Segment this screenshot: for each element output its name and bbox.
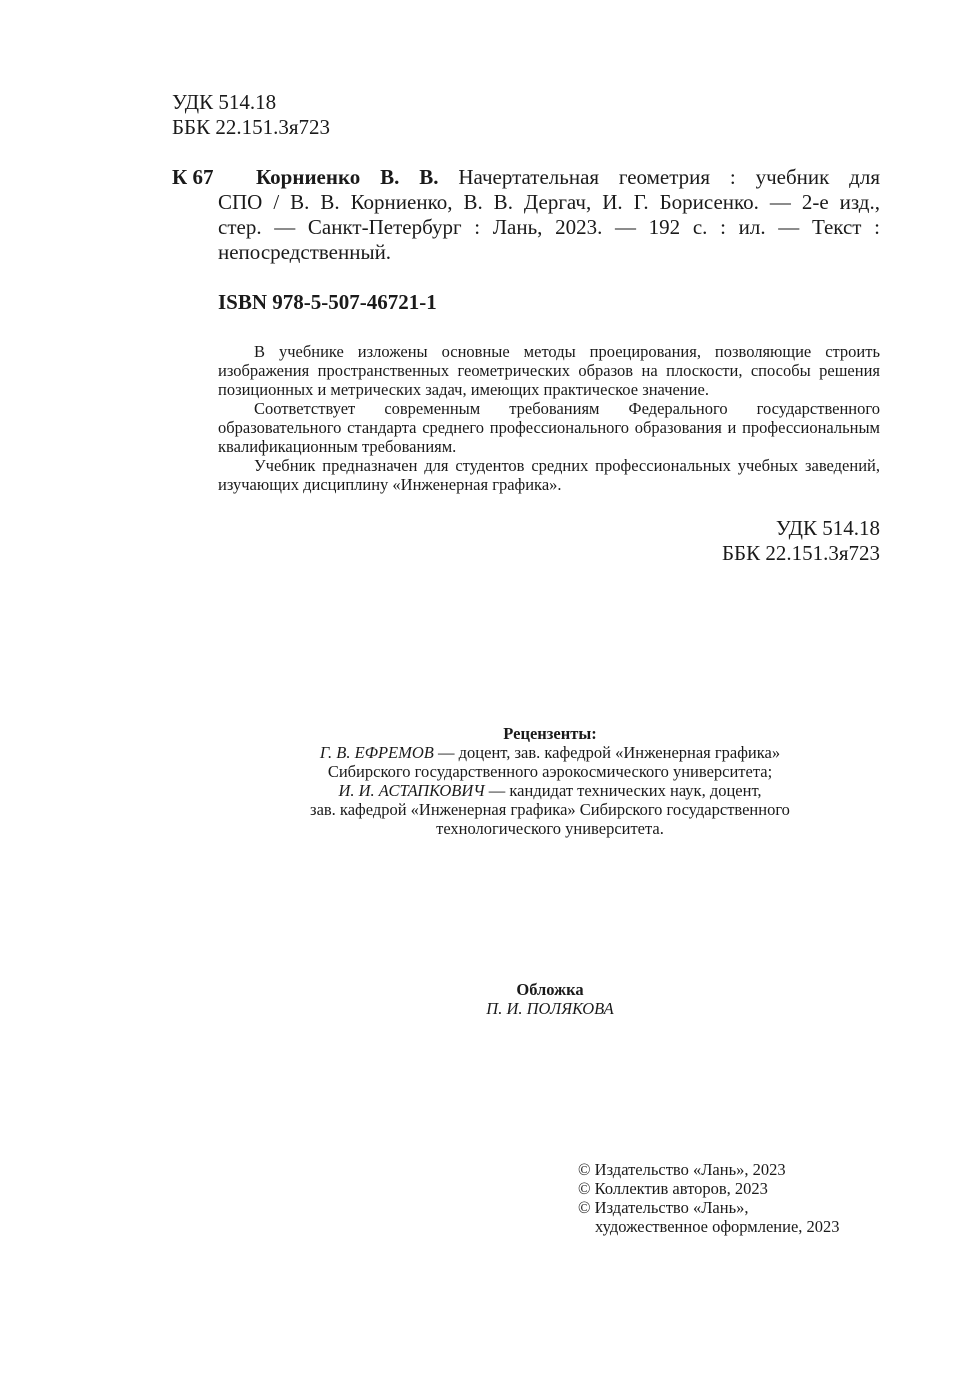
annotation: В учебнике изложены основные методы прое…: [218, 342, 880, 494]
isbn: ISBN 978-5-507-46721-1: [218, 290, 437, 315]
record-line-1: Корниенко В. В. Начертательная геометрия…: [256, 165, 880, 190]
udk-code: УДК 514.18: [172, 90, 330, 115]
bibliographic-record: К 67 Корниенко В. В. Начертательная геом…: [172, 165, 880, 265]
udk-code: УДК 514.18: [600, 516, 880, 541]
reviewer-2-line-2: зав. кафедрой «Инженерная графика» Сибир…: [250, 800, 850, 819]
bbk-code: ББК 22.151.3я723: [172, 115, 330, 140]
copyright-line: © Издательство «Лань», 2023: [578, 1160, 898, 1179]
record-line-2: СПО / В. В. Корниенко, В. В. Дергач, И. …: [218, 190, 880, 215]
classification-codes-bottom: УДК 514.18 ББК 22.151.3я723: [600, 516, 880, 566]
annotation-paragraph: Учебник предназначен для студентов средн…: [218, 456, 880, 494]
cover-credit: Обложка П. И. ПОЛЯКОВА: [400, 980, 700, 1018]
author-name: Корниенко В. В.: [256, 165, 438, 189]
reviewer-2-name: И. И. АСТАПКОВИЧ: [338, 781, 484, 800]
copyright-line: © Издательство «Лань»,: [578, 1198, 898, 1217]
author-mark: К 67: [172, 165, 256, 190]
classification-codes-top: УДК 514.18 ББК 22.151.3я723: [172, 90, 330, 140]
reviewer-2-line-3: технологического университета.: [250, 819, 850, 838]
record-line-4: непосредственный.: [218, 240, 880, 265]
reviewers-title: Рецензенты:: [250, 724, 850, 743]
copyright-line: художественное оформление, 2023: [578, 1217, 898, 1236]
reviewer-1-position: — доцент, зав. кафедрой «Инженерная граф…: [434, 743, 780, 762]
reviewer-2-line-1: И. И. АСТАПКОВИЧ — кандидат технических …: [250, 781, 850, 800]
reviewer-2-position: — кандидат технических наук, доцент,: [485, 781, 762, 800]
copyright-block: © Издательство «Лань», 2023 © Коллектив …: [578, 1160, 898, 1236]
copyright-line: © Коллектив авторов, 2023: [578, 1179, 898, 1198]
reviewers-block: Рецензенты: Г. В. ЕФРЕМОВ — доцент, зав.…: [250, 724, 850, 838]
reviewer-1-line-2: Сибирского государственного аэрокосмичес…: [250, 762, 850, 781]
record-line-3: стер. — Санкт-Петербург : Лань, 2023. — …: [218, 215, 880, 240]
reviewer-1-name: Г. В. ЕФРЕМОВ: [320, 743, 434, 762]
annotation-paragraph: Соответствует современным требованиям Фе…: [218, 399, 880, 456]
cover-title: Обложка: [400, 980, 700, 999]
annotation-paragraph: В учебнике изложены основные методы прое…: [218, 342, 880, 399]
cover-designer: П. И. ПОЛЯКОВА: [400, 999, 700, 1018]
book-title: Начертательная геометрия : учебник для: [438, 165, 880, 189]
bbk-code: ББК 22.151.3я723: [600, 541, 880, 566]
reviewer-1-line-1: Г. В. ЕФРЕМОВ — доцент, зав. кафедрой «И…: [250, 743, 850, 762]
